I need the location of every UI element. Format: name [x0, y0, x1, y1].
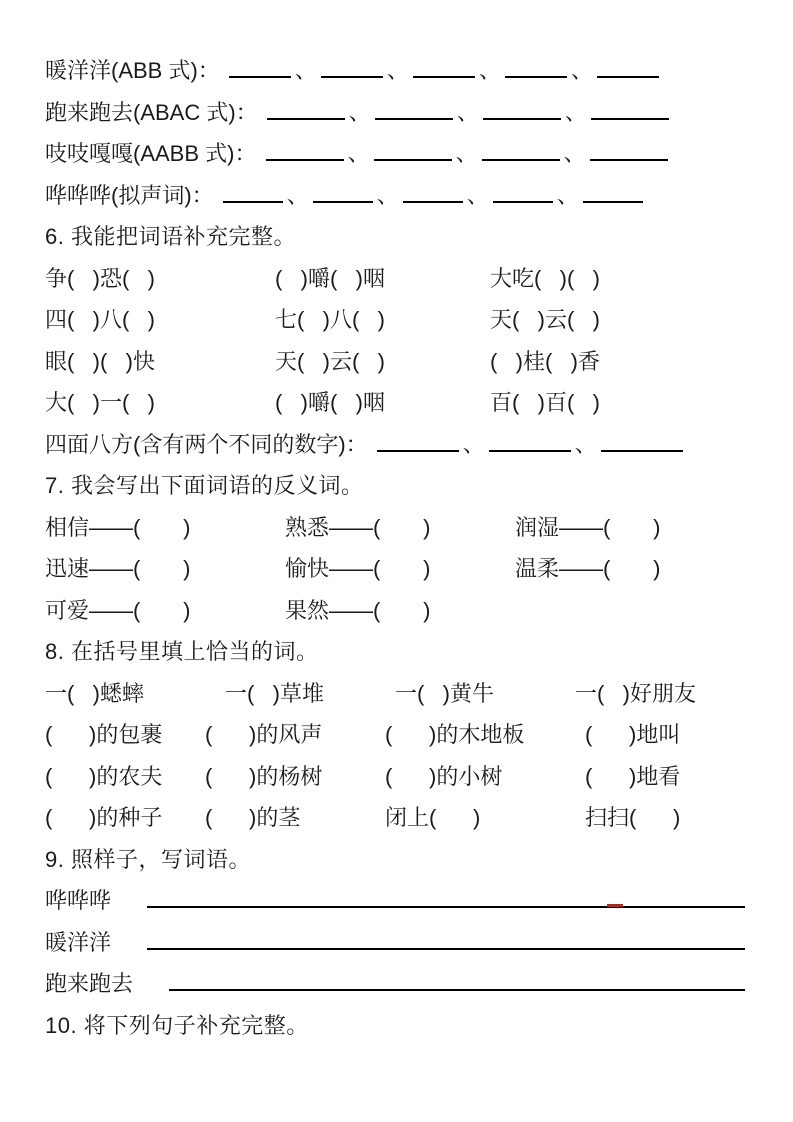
blank-separator: 、 [377, 183, 399, 208]
antonym-row: 迅速——( ) 愉快——( ) 温柔——( ) [45, 548, 745, 590]
blank-separator: 、 [575, 432, 597, 457]
section10-heading: 10. 将下列句子补充完整。 [45, 1005, 745, 1047]
antonym-cell: 果然——( ) [285, 590, 515, 632]
antonym-row: 可爱——( ) 果然——( ) [45, 590, 745, 632]
word-completion-cell: 大( )一( ) [45, 382, 275, 424]
modifier-cell: ( )的农夫 [45, 756, 205, 798]
red-correction-mark [607, 904, 623, 907]
word-completion-cell: 天( )云( ) [490, 299, 600, 341]
answer-rule-line [147, 886, 745, 908]
word-completion-cell: ( )嚼( )咽 [275, 382, 490, 424]
fill-line-onomatopoeia: 哗哗哗(拟声词)： 、、、、 [45, 175, 745, 217]
blank-separator: 、 [348, 141, 370, 166]
answer-blank-underline [489, 436, 571, 452]
measure-word-cell: 一( )好朋友 [575, 673, 696, 715]
example-word-label: 暖洋洋 [45, 922, 111, 964]
fill-line-numbers-idiom: 四面八方(含有两个不同的数字)： 、、 [45, 424, 745, 466]
answer-blank-underline [597, 62, 659, 78]
answer-blank-underline [590, 145, 668, 161]
fill-line-abac-prefix: 跑来跑去(ABAC 式)： [45, 100, 264, 125]
answer-rule-line [147, 928, 745, 950]
word-completion-cell: ( )嚼( )咽 [275, 258, 490, 300]
example-word-label: 哗哗哗 [45, 880, 111, 922]
measure-word-cell: 一( )草堆 [225, 673, 395, 715]
blank-separator: 、 [564, 141, 586, 166]
blank-separator: 、 [565, 100, 587, 125]
example-word-line: 哗哗哗 [45, 880, 745, 922]
blank-separator: 、 [387, 58, 409, 83]
answer-blanks: 、、、 [263, 141, 671, 166]
modifier-cell: ( )的小树 [385, 756, 585, 798]
fill-line-abb-prefix: 暖洋洋(ABB 式)： [45, 58, 226, 83]
antonym-cell: 相信——( ) [45, 507, 285, 549]
modifier-cell: ( )的风声 [205, 714, 385, 756]
antonym-cell: 熟悉——( ) [285, 507, 515, 549]
example-word-label: 跑来跑去 [45, 963, 133, 1005]
answer-blanks: 、、 [374, 432, 686, 457]
fill-line-abac: 跑来跑去(ABAC 式)： 、、、 [45, 92, 745, 134]
modifier-cell: ( )的木地板 [385, 714, 585, 756]
answer-blank-underline [267, 104, 345, 120]
antonym-cell: 迅速——( ) [45, 548, 285, 590]
modifier-cell: ( )地叫 [585, 714, 680, 756]
antonym-cell: 润湿——( ) [515, 507, 660, 549]
blank-separator: 、 [295, 58, 317, 83]
word-completion-cell: 大吃( )( ) [490, 258, 600, 300]
answer-rule-line [169, 969, 745, 991]
answer-blank-underline [321, 62, 383, 78]
measure-word-row: 一( )蟋蟀 一( )草堆 一( )黄牛 一( )好朋友 [45, 673, 745, 715]
answer-blank-underline [493, 187, 553, 203]
fill-line-aabb: 吱吱嘎嘎(AABB 式)： 、、、 [45, 133, 745, 175]
antonym-cell: 愉快——( ) [285, 548, 515, 590]
answer-blank-underline [505, 62, 567, 78]
blank-separator: 、 [287, 183, 309, 208]
blank-separator: 、 [467, 183, 489, 208]
modifier-row: ( )的包裹 ( )的风声 ( )的木地板 ( )地叫 [45, 714, 745, 756]
modifier-cell: 扫扫( ) [585, 797, 680, 839]
fill-line-onomatopoeia-prefix: 哗哗哗(拟声词)： [45, 183, 220, 208]
modifier-cell: ( )的种子 [45, 797, 205, 839]
word-completion-row: 争( )恐( ) ( )嚼( )咽 大吃( )( ) [45, 258, 745, 300]
blank-separator: 、 [463, 432, 485, 457]
section8-heading: 8. 在括号里填上恰当的词。 [45, 631, 745, 673]
answer-blank-underline [413, 62, 475, 78]
answer-blank-underline [229, 62, 291, 78]
modifier-cell: ( )的杨树 [205, 756, 385, 798]
modifier-cell: ( )地看 [585, 756, 680, 798]
answer-blank-underline [377, 436, 459, 452]
antonym-cell: 可爱——( ) [45, 590, 285, 632]
modifier-cell: ( )的包裹 [45, 714, 205, 756]
antonym-cell: 温柔——( ) [515, 548, 660, 590]
answer-blank-underline [223, 187, 283, 203]
measure-word-cell: 一( )蟋蟀 [45, 673, 225, 715]
example-word-line: 暖洋洋 [45, 922, 745, 964]
answer-blank-underline [375, 104, 453, 120]
word-completion-cell: 眼( )( )快 [45, 341, 275, 383]
word-completion-cell: 争( )恐( ) [45, 258, 275, 300]
answer-blank-underline [374, 145, 452, 161]
blank-separator: 、 [479, 58, 501, 83]
answer-blank-underline [266, 145, 344, 161]
word-completion-row: 四( )八( ) 七( )八( ) 天( )云( ) [45, 299, 745, 341]
section9-heading: 9. 照样子，写词语。 [45, 839, 745, 881]
answer-blank-underline [601, 436, 683, 452]
blank-separator: 、 [571, 58, 593, 83]
answer-blanks: 、、、、 [220, 183, 646, 208]
worksheet-page: 暖洋洋(ABB 式)： 、、、、 跑来跑去(ABAC 式)： 、、、 吱吱嘎嘎(… [0, 0, 793, 1122]
modifier-cell: ( )的茎 [205, 797, 385, 839]
blank-separator: 、 [349, 100, 371, 125]
fill-line-numbers-idiom-prefix: 四面八方(含有两个不同的数字)： [45, 432, 374, 457]
measure-word-cell: 一( )黄牛 [395, 673, 575, 715]
answer-blank-underline [583, 187, 643, 203]
answer-blank-underline [482, 145, 560, 161]
antonym-row: 相信——( ) 熟悉——( ) 润湿——( ) [45, 507, 745, 549]
word-completion-row: 大( )一( ) ( )嚼( )咽 百( )百( ) [45, 382, 745, 424]
answer-blank-underline [313, 187, 373, 203]
word-completion-cell: 七( )八( ) [275, 299, 490, 341]
section7-heading: 7. 我会写出下面词语的反义词。 [45, 465, 745, 507]
word-completion-cell: 四( )八( ) [45, 299, 275, 341]
fill-line-abb: 暖洋洋(ABB 式)： 、、、、 [45, 50, 745, 92]
answer-blank-underline [591, 104, 669, 120]
example-word-line: 跑来跑去 [45, 963, 745, 1005]
modifier-row: ( )的农夫 ( )的杨树 ( )的小树 ( )地看 [45, 756, 745, 798]
blank-separator: 、 [557, 183, 579, 208]
word-completion-cell: ( )桂( )香 [490, 341, 600, 383]
answer-blank-underline [483, 104, 561, 120]
blank-separator: 、 [457, 100, 479, 125]
answer-blank-underline [403, 187, 463, 203]
modifier-row: ( )的种子 ( )的茎 闭上( ) 扫扫( ) [45, 797, 745, 839]
word-completion-row: 眼( )( )快 天( )云( ) ( )桂( )香 [45, 341, 745, 383]
answer-blanks: 、、、、 [226, 58, 662, 83]
word-completion-cell: 天( )云( ) [275, 341, 490, 383]
word-completion-cell: 百( )百( ) [490, 382, 600, 424]
fill-line-aabb-prefix: 吱吱嘎嘎(AABB 式)： [45, 141, 263, 166]
modifier-cell: 闭上( ) [385, 797, 585, 839]
blank-separator: 、 [456, 141, 478, 166]
section6-heading: 6. 我能把词语补充完整。 [45, 216, 745, 258]
answer-blanks: 、、、 [264, 100, 672, 125]
